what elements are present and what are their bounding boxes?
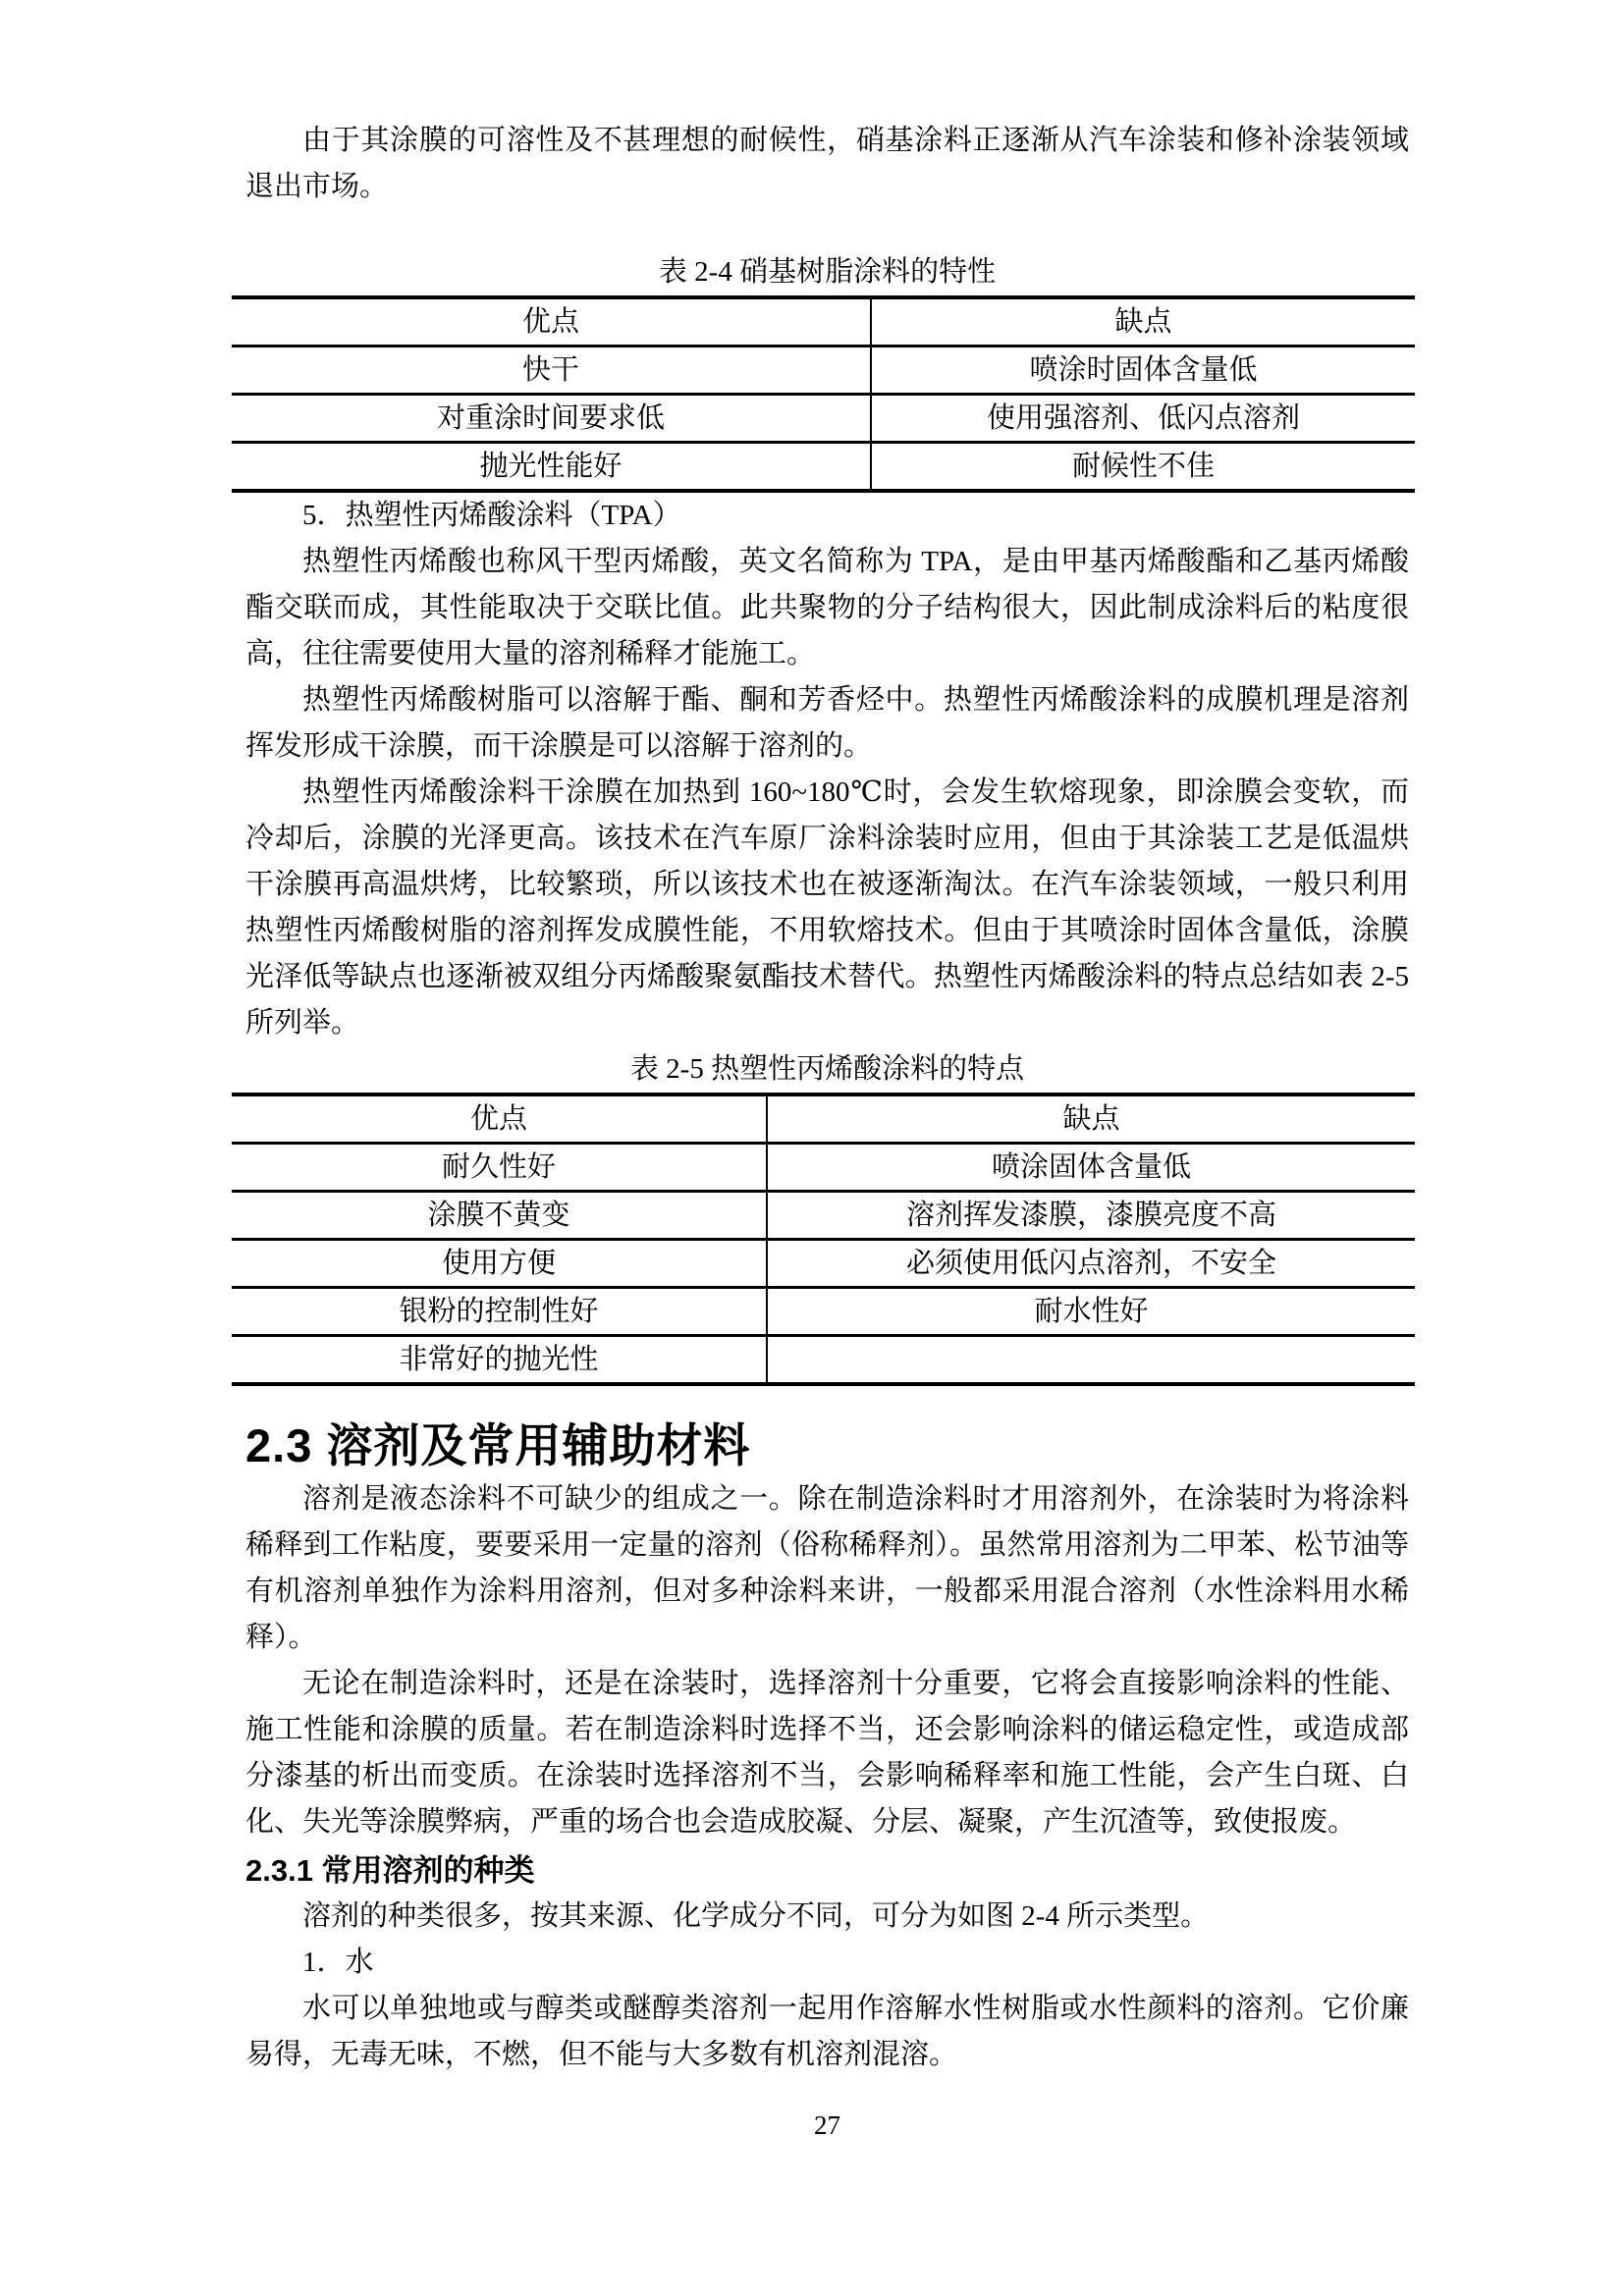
table-cell: 银粉的控制性好: [232, 1288, 767, 1336]
table-cell: 涂膜不黄变: [232, 1192, 767, 1240]
table-header-cell: 优点: [232, 1095, 767, 1144]
table-cell: [767, 1336, 1415, 1385]
table-row: 涂膜不黄变 溶剂挥发漆膜，漆膜亮度不高: [232, 1192, 1415, 1240]
table-row: 使用方便 必须使用低闪点溶剂，不安全: [232, 1240, 1415, 1288]
section-2-3-1-heading: 2.3.1 常用溶剂的种类: [245, 1847, 1409, 1894]
table-header-cell: 缺点: [871, 297, 1415, 347]
table-header-cell: 缺点: [767, 1095, 1415, 1144]
table-2-4: 优点 缺点 快干 喷涂时固体含量低 对重涂时间要求低 使用强溶剂、低闪点溶剂 抛…: [232, 295, 1415, 493]
table-cell: 使用方便: [232, 1240, 767, 1288]
table-2-5-caption: 表 2-5 热塑性丙烯酸涂料的特点: [245, 1046, 1409, 1093]
page-content: 由于其涂膜的可溶性及不甚理想的耐候性，硝基涂料正逐渐从汽车涂装和修补涂装领域退出…: [245, 118, 1409, 2175]
table-row: 非常好的抛光性: [232, 1336, 1415, 1385]
document-page: 由于其涂膜的可溶性及不甚理想的耐候性，硝基涂料正逐渐从汽车涂装和修补涂装领域退出…: [0, 0, 1624, 2296]
table-row: 抛光性能好 耐候性不佳: [232, 443, 1415, 492]
table-cell: 抛光性能好: [232, 443, 871, 492]
item-1-water-para: 水可以单独地或与醇类或醚醇类溶剂一起用作溶解水性树脂或水性颜料的溶剂。它价廉易得…: [245, 1986, 1409, 2078]
table-row: 快干 喷涂时固体含量低: [232, 347, 1415, 395]
table-row: 对重涂时间要求低 使用强溶剂、低闪点溶剂: [232, 395, 1415, 443]
table-2-5: 优点 缺点 耐久性好 喷涂固体含量低 涂膜不黄变 溶剂挥发漆膜，漆膜亮度不高 使…: [232, 1093, 1415, 1386]
table-header-cell: 优点: [232, 297, 871, 347]
table-2-5-header-row: 优点 缺点: [232, 1095, 1415, 1144]
table-cell: 非常好的抛光性: [232, 1336, 767, 1385]
table-row: 银粉的控制性好 耐水性好: [232, 1288, 1415, 1336]
table-cell: 喷涂时固体含量低: [871, 347, 1415, 395]
intro-paragraph: 由于其涂膜的可溶性及不甚理想的耐候性，硝基涂料正逐渐从汽车涂装和修补涂装领域退出…: [245, 118, 1409, 210]
item-1-water-heading: 1．水: [245, 1940, 1409, 1986]
table-cell: 耐久性好: [232, 1144, 767, 1192]
table-row: 耐久性好 喷涂固体含量低: [232, 1144, 1415, 1192]
section-5-para-3: 热塑性丙烯酸涂料干涂膜在加热到 160~180℃时，会发生软熔现象，即涂膜会变软…: [245, 770, 1409, 1046]
table-2-4-caption: 表 2-4 硝基树脂涂料的特性: [245, 249, 1409, 295]
table-cell: 耐候性不佳: [871, 443, 1415, 492]
page-number: 27: [245, 2103, 1409, 2149]
section-5-para-2: 热塑性丙烯酸树脂可以溶解于酯、酮和芳香烃中。热塑性丙烯酸涂料的成膜机理是溶剂挥发…: [245, 677, 1409, 770]
table-cell: 溶剂挥发漆膜，漆膜亮度不高: [767, 1192, 1415, 1240]
section-2-3-heading: 2.3 溶剂及常用辅助材料: [245, 1415, 1409, 1476]
table-cell: 快干: [232, 347, 871, 395]
table-cell: 耐水性好: [767, 1288, 1415, 1336]
section-2-3-para-2: 无论在制造涂料时，还是在涂装时，选择溶剂十分重要，它将会直接影响涂料的性能、施工…: [245, 1661, 1409, 1845]
table-cell: 使用强溶剂、低闪点溶剂: [871, 395, 1415, 443]
section-2-3-para-1: 溶剂是液态涂料不可缺少的组成之一。除在制造涂料时才用溶剂外，在涂装时为将涂料稀释…: [245, 1476, 1409, 1661]
section-5-para-1: 热塑性丙烯酸也称风干型丙烯酸，英文名简称为 TPA，是由甲基丙烯酸酯和乙基丙烯酸…: [245, 539, 1409, 677]
section-2-3-1-para: 溶剂的种类很多，按其来源、化学成分不同，可分为如图 2-4 所示类型。: [245, 1894, 1409, 1940]
table-cell: 必须使用低闪点溶剂，不安全: [767, 1240, 1415, 1288]
table-2-4-header-row: 优点 缺点: [232, 297, 1415, 347]
table-cell: 喷涂固体含量低: [767, 1144, 1415, 1192]
table-cell: 对重涂时间要求低: [232, 395, 871, 443]
section-5-heading: 5．热塑性丙烯酸涂料（TPA）: [245, 493, 1409, 539]
